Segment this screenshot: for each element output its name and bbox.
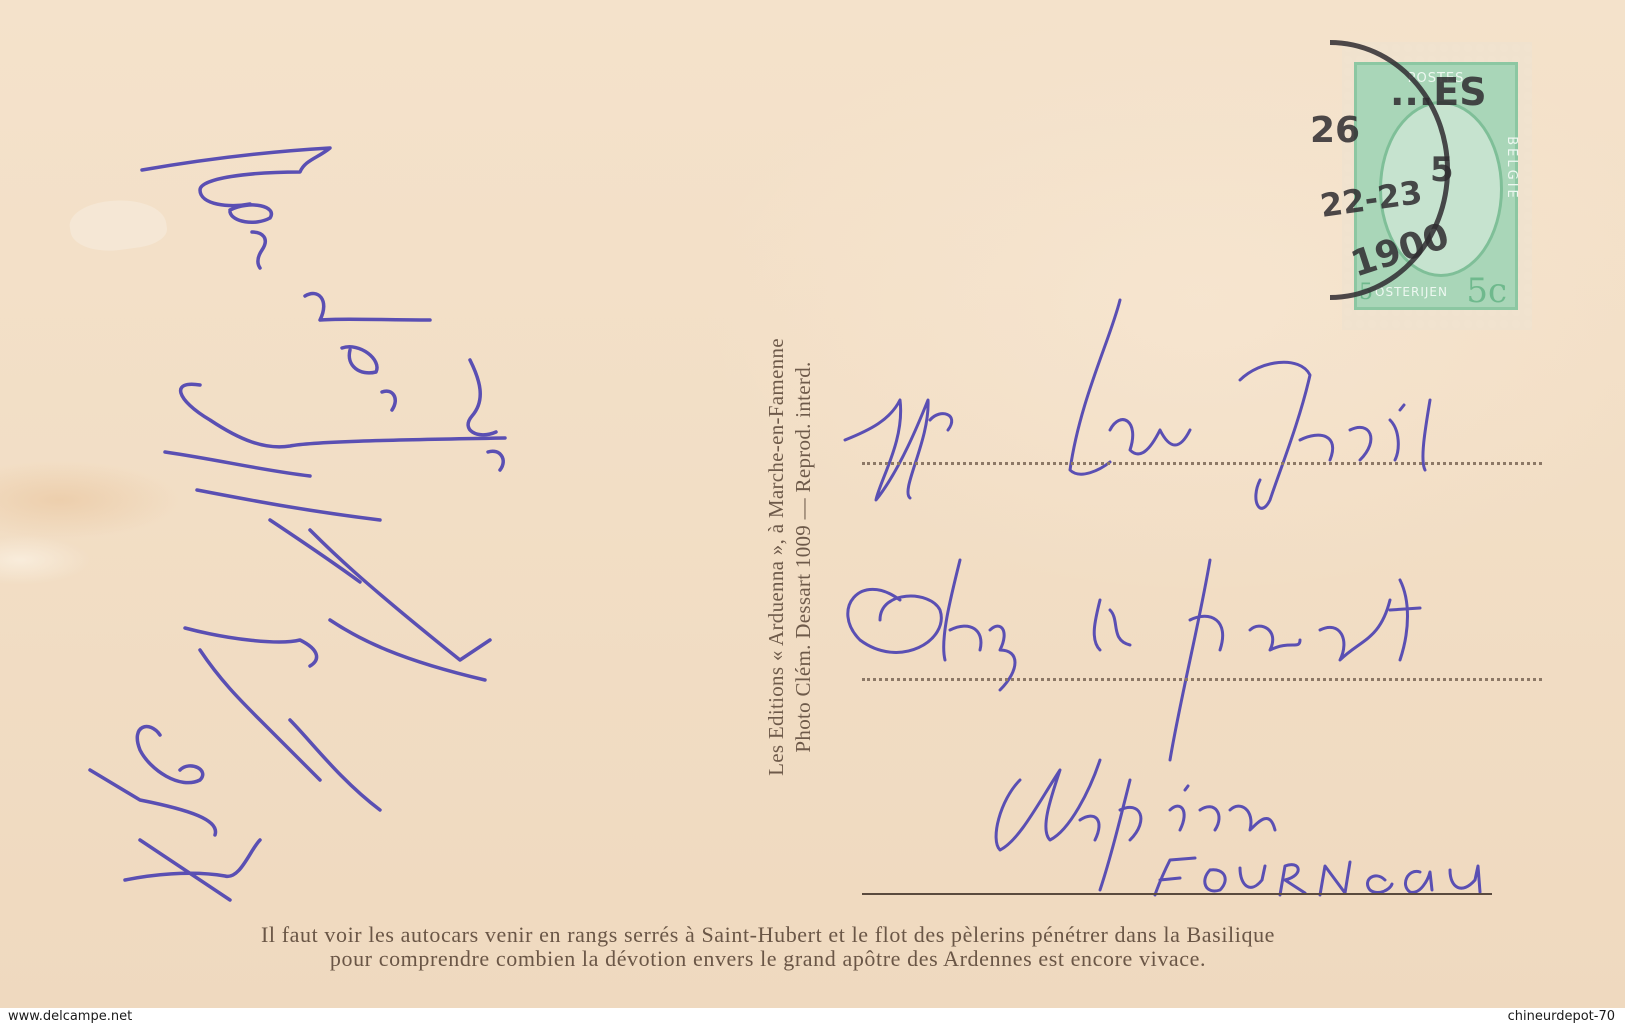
publisher-imprint: Les Editions « Arduenna », à Marche-en-F… — [763, 338, 817, 776]
address-line-1 — [862, 462, 1542, 465]
postmark-letters: ...ES — [1390, 70, 1487, 114]
site-watermark: www.delcampe.net — [8, 1009, 132, 1024]
caption-line-2: pour comprendre combien la dévotion enve… — [0, 946, 1536, 972]
caption-line-1: Il faut voir les autocars venir en rangs… — [0, 922, 1536, 948]
address-line-2 — [862, 678, 1542, 681]
postmark-cancellation: ...ES 26 22-23 5 1900 — [1290, 50, 1540, 310]
publisher-line-2: Photo Clém. Dessart 1009 — Reprod. inter… — [790, 338, 817, 776]
address-line-3 — [862, 893, 1492, 895]
postmark-day: 26 — [1310, 110, 1360, 151]
watermark-footer: www.delcampe.net chineurdepot-70 — [0, 1008, 1625, 1026]
postcard-back: Les Editions « Arduenna », à Marche-en-F… — [0, 0, 1625, 1008]
seller-watermark: chineurdepot-70 — [1508, 1009, 1615, 1024]
publisher-line-1: Les Editions « Arduenna », à Marche-en-F… — [763, 338, 790, 776]
postmark-number: 5 — [1430, 150, 1454, 190]
